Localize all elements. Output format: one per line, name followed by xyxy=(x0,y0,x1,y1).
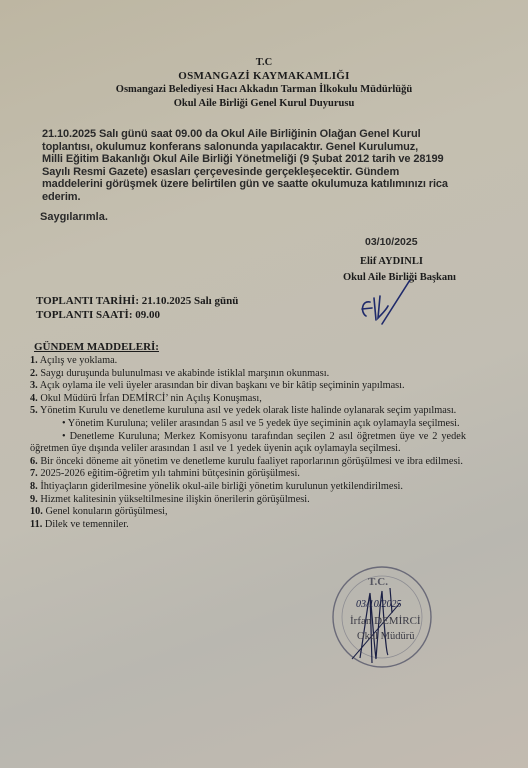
agenda-item: 1. Açılış ve yoklama. xyxy=(30,355,466,368)
agenda-item: 2. Saygı duruşunda bulunulması ve akabin… xyxy=(30,368,466,381)
agenda-item: 6. Bir önceki döneme ait yönetim ve dene… xyxy=(30,456,466,469)
agenda-item-number: 11. xyxy=(30,519,42,530)
letter-date: 03/10/2025 xyxy=(365,236,418,248)
intro-paragraph: 21.10.2025 Salı günü saat 09.00 da Okul … xyxy=(42,128,472,204)
stamp-handwritten-date: 03/10/2025 xyxy=(356,599,402,610)
svg-text:T.C.: T.C. xyxy=(368,576,388,588)
agenda-item-text: Saygı duruşunda bulunulması ve akabinde … xyxy=(40,368,329,379)
agenda-item: 4. Okul Müdürü İrfan DEMİRCİ’ nin Açılış… xyxy=(30,393,466,406)
agenda-item-text: İhtiyaçların giderilmesine yönelik okul-… xyxy=(40,481,403,492)
agenda-item-number: 10. xyxy=(30,506,43,517)
agenda-item-text: Genel konuların görüşülmesi, xyxy=(45,506,167,517)
stamp-title: Okul Müdürü xyxy=(357,631,414,642)
agenda-item-text: • Denetleme Kuruluna; Merkez Komisyonu t… xyxy=(30,431,466,455)
meeting-date-label: TOPLANTI TARİHİ: xyxy=(36,295,139,307)
document-page: T.C OSMANGAZİ KAYMAKAMLIĞI Osmangazi Bel… xyxy=(0,0,528,768)
agenda-item-number: 3. xyxy=(30,380,38,391)
agenda-item-text: Açık oylama ile veli üyeler arasından bi… xyxy=(40,380,405,391)
agenda-item-text: Yönetim Kurulu ve denetleme kuruluna ası… xyxy=(40,405,456,416)
agenda-item-text: Dilek ve temenniler. xyxy=(45,519,129,530)
stamp-name: İrfan DEMİRCİ xyxy=(350,615,421,627)
agenda-item: 7. 2025-2026 eğitim-öğretim yılı tahmini… xyxy=(30,468,466,481)
intro-line: Milli Eğitim Bakanlığı Okul Aile Birliği… xyxy=(42,153,472,166)
meeting-time: TOPLANTI SAATİ: 09.00 xyxy=(36,309,160,321)
official-stamp: T.C. 03/10/2025 İrfan DEMİRCİ Okul Müdür… xyxy=(330,563,434,671)
intro-line: 21.10.2025 Salı günü saat 09.00 da Okul … xyxy=(42,128,472,141)
agenda-item: 5. Yönetim Kurulu ve denetleme kuruluna … xyxy=(30,405,466,418)
agenda-item-number: 6. xyxy=(30,456,38,467)
agenda-item-text: Okul Müdürü İrfan DEMİRCİ’ nin Açılış Ko… xyxy=(40,393,261,404)
signature-icon xyxy=(352,280,422,330)
intro-line: maddelerini görüşmek üzere belirtilen gü… xyxy=(42,178,472,191)
meeting-date-value: 21.10.2025 Salı günü xyxy=(142,295,239,307)
agenda-item-number: 4. xyxy=(30,393,38,404)
intro-line: ederim. xyxy=(42,191,472,204)
signer-name: Elif AYDINLI xyxy=(360,256,423,267)
agenda-item: 3. Açık oylama ile veli üyeler arasından… xyxy=(30,380,466,393)
agenda-list: 1. Açılış ve yoklama.2. Saygı duruşunda … xyxy=(30,355,466,531)
agenda-item-number: 9. xyxy=(30,494,38,505)
agenda-item: 11. Dilek ve temenniler. xyxy=(30,519,466,532)
agenda-item-number: 2. xyxy=(30,368,38,379)
header-school: Osmangazi Belediyesi Hacı Akkadın Tarman… xyxy=(0,84,528,95)
agenda-title: GÜNDEM MADDELERİ: xyxy=(34,341,159,353)
header-institution: OSMANGAZİ KAYMAKAMLIĞI xyxy=(0,70,528,82)
header-subject: Okul Aile Birliği Genel Kurul Duyurusu xyxy=(0,98,528,109)
agenda-item: 8. İhtiyaçların giderilmesine yönelik ok… xyxy=(30,481,466,494)
agenda-item-text: Açılış ve yoklama. xyxy=(40,355,118,366)
agenda-item-text: Hizmet kalitesinin yükseltilmesine ilişk… xyxy=(40,494,309,505)
agenda-item-number: 1. xyxy=(30,355,38,366)
intro-line: toplantısı, okulumuz konferans salonunda… xyxy=(42,141,472,154)
meeting-time-label: TOPLANTI SAATİ: xyxy=(36,309,132,321)
agenda-item-number: 8. xyxy=(30,481,38,492)
intro-line: Sayılı Resmi Gazete) esasları çerçevesin… xyxy=(42,166,472,179)
agenda-item-text: Bir önceki döneme ait yönetim ve denetle… xyxy=(40,456,463,467)
meeting-time-value: 09.00 xyxy=(135,309,160,321)
agenda-item-text: 2025-2026 eğitim-öğretim yılı tahmini bü… xyxy=(40,468,300,479)
agenda-item: • Denetleme Kuruluna; Merkez Komisyonu t… xyxy=(30,431,466,456)
agenda-item-number: 7. xyxy=(30,468,38,479)
agenda-item: 10. Genel konuların görüşülmesi, xyxy=(30,506,466,519)
agenda-item: • Yönetim Kuruluna; veliler arasından 5 … xyxy=(30,418,466,431)
agenda-item: 9. Hizmet kalitesinin yükseltilmesine il… xyxy=(30,494,466,507)
header-tc: T.C xyxy=(0,57,528,68)
agenda-item-text: • Yönetim Kuruluna; veliler arasından 5 … xyxy=(62,418,460,429)
greeting: Saygılarımla. xyxy=(40,211,108,223)
meeting-date: TOPLANTI TARİHİ: 21.10.2025 Salı günü xyxy=(36,295,238,307)
agenda-item-number: 5. xyxy=(30,405,38,416)
